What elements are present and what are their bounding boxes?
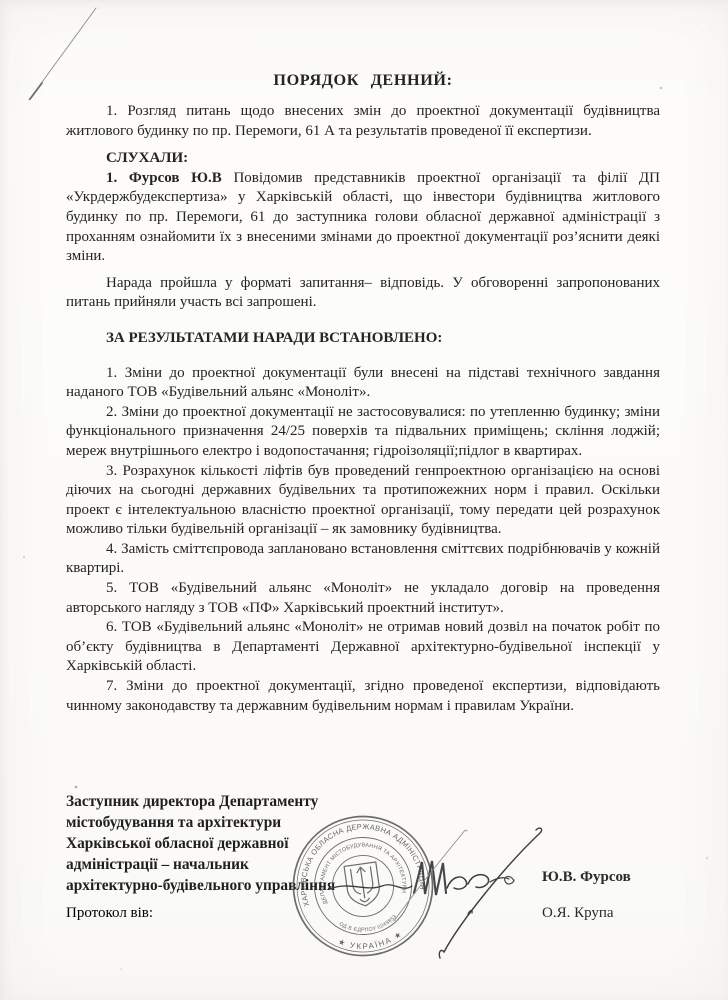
result-item: 7. Зміни до проектної документації, згід… — [66, 677, 660, 716]
result-item: 5. ТОВ «Будівельний альянс «Моноліт» не … — [66, 579, 660, 618]
meeting-note: Нарада пройшла у форматі запитання– відп… — [66, 274, 660, 313]
agenda-paragraph: 1. Розгляд питань щодо внесених змін до … — [66, 102, 660, 141]
result-item: 6. ТОВ «Будівельний альянс «Моноліт» не … — [66, 618, 660, 677]
results-list: 1. Зміни до проектної документації були … — [66, 364, 660, 717]
signer-krupa-name: О.Я. Крупа — [542, 905, 614, 922]
trident-emblem-icon — [344, 862, 382, 908]
result-item: 3. Розрахунок кількості ліфтів був прове… — [66, 462, 660, 540]
heard-paragraph: 1. Фурсов Ю.В Повідомив представників пр… — [66, 169, 660, 267]
speaker-name: 1. Фурсов Ю.В — [106, 170, 222, 186]
result-item: 4. Замість сміттєпровода заплановано вст… — [66, 540, 660, 579]
result-item: 2. Зміни до проектної документації не за… — [66, 403, 660, 462]
result-item: 1. Зміни до проектної документації були … — [66, 364, 660, 403]
signer-fursov-name: Ю.В. Фурсов — [542, 869, 631, 886]
official-stamp: ХАРКІВСЬКА ОБЛАСНА ДЕРЖАВНА АДМІНІСТРАЦІ… — [288, 811, 438, 961]
paper-specks — [0, 0, 2, 2]
results-heading: ЗА РЕЗУЛЬТАТАМИ НАРАДИ ВСТАНОВЛЕНО: — [66, 329, 660, 349]
document-body: ПОРЯДОК ДЕННИЙ: 1. Розгляд питань щодо в… — [66, 70, 660, 716]
page-title: ПОРЯДОК ДЕННИЙ: — [66, 70, 660, 91]
scanned-page: ПОРЯДОК ДЕННИЙ: 1. Розгляд питань щодо в… — [0, 0, 728, 1000]
heard-heading: СЛУХАЛИ: — [66, 149, 660, 169]
